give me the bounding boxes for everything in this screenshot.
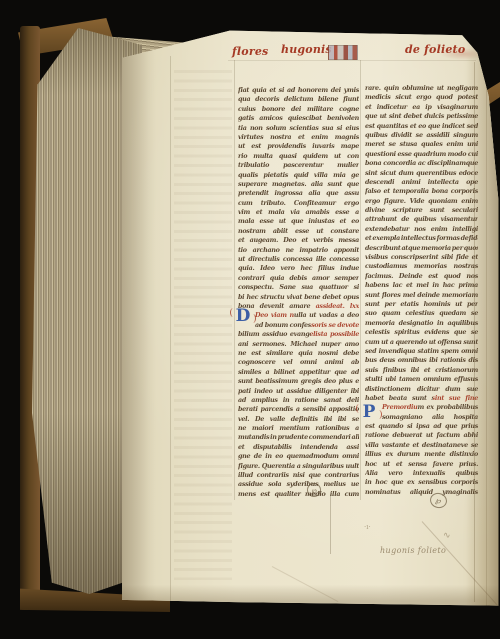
text-line: ratione debuerat ut factum abhi: [365, 431, 478, 440]
ruling-line-intercolumn: [360, 60, 361, 500]
text-line: et disputabilis intendenda assi: [238, 443, 359, 452]
text-line: in hoc que ex sensibus corporis: [365, 478, 478, 487]
text-line: descendi animi intellecta ope: [365, 178, 478, 187]
text-line: est quantitas et eo que indicet sed: [365, 122, 478, 131]
text-line: Premordium ex probabilibus: [365, 403, 478, 412]
initial-letter: D: [236, 306, 251, 326]
text-line: gatis amicos quiescibat benivolen: [238, 114, 359, 123]
text-line: bona devenit amare assideat. lxx: [238, 302, 359, 311]
text-line: extendebatur nos enim intelligi: [365, 225, 478, 234]
text-line: tio archano ne impatrio apponit: [238, 246, 359, 255]
text-line: assidue sola syderibus melius ue: [238, 480, 359, 489]
penwork-flourish-icon: [230, 308, 236, 317]
text-line: bi hec structu vivat bene debet opus: [238, 293, 359, 302]
text-line: cuius bonore dei militare cogne: [238, 105, 359, 114]
gutter-fold-line: [170, 56, 171, 601]
text-line: contrari quia debis amor semper: [238, 274, 359, 283]
text-line: ad amplius in ratione sanat deli: [238, 396, 359, 405]
text-line: stulti ubi tamen omnium effusus: [365, 375, 478, 384]
text-line: quia. Ideo vero hec filius indue: [238, 264, 359, 273]
text-line: vim et mala via amabis esse a: [238, 208, 359, 217]
text-line: mala esse ut que iniustas et eo: [238, 217, 359, 226]
text-line: celestis spiritus evidens que se: [365, 328, 478, 337]
text-line: distinctionem dicitur dum sue: [365, 385, 478, 394]
text-line: figure. Querentia a singularibus uult: [238, 462, 359, 471]
text-line: est quando si ipsa ad que prius: [365, 422, 478, 431]
text-line: sunt per etatis hominis ut per: [365, 300, 478, 309]
text-line: bilium assiduo evangelista possibile: [238, 330, 359, 339]
text-line: questioni esse quadrium modo cui: [365, 150, 478, 159]
crease-line-bottom-right: [422, 521, 500, 615]
text-column-left: fiat quia et si ad honorem dei ymisqua d…: [238, 86, 359, 502]
text-column-right: rare. quin oblumine ut negligammedicis s…: [365, 84, 478, 502]
marginal-inscription: hugonis folieto: [380, 546, 446, 555]
text-line: tia non solum scientias sua si eius: [238, 124, 359, 133]
pen-flourish-mark: ∿: [443, 531, 451, 541]
text-line: gne de in eo quemadmodum omni: [238, 452, 359, 461]
illuminated-initial-left: D: [234, 307, 252, 326]
text-line: suis finibus ibi et cristianorum: [365, 366, 478, 375]
text-line: vel. De valle definitis ibi ibi se: [238, 415, 359, 424]
text-line: rio multa quasi quidem ut con: [238, 152, 359, 161]
text-line: qualis pietatis quid villa mia ge: [238, 171, 359, 180]
text-line: habens lac et mel in hac prima: [365, 281, 478, 290]
text-line: describunt atque memoria per quos: [365, 244, 478, 253]
ruling-line-top: [228, 60, 476, 61]
text-line: mens est qualiter medio illa cum: [238, 490, 359, 499]
pasted-repair-patch: [328, 45, 358, 60]
text-line: berati parcendis a sensibi appositio: [238, 405, 359, 414]
text-line: falso et temporalia bona corporis: [365, 187, 478, 196]
text-line: attrahunt de quibus visamentur: [365, 215, 478, 224]
text-line: ne est similare quia nosmi debe: [238, 349, 359, 358]
text-line: fiat quia et si ad honorem dei ymis: [238, 86, 359, 95]
text-line: conspectu. Sane sua quattuor si: [238, 283, 359, 292]
text-line: et exempla intellectus formas defide: [365, 234, 478, 243]
manuscript-page: flores hugonis de folieto fiat quia et s…: [122, 26, 500, 608]
illuminated-initial-right: P: [360, 403, 378, 422]
running-title-flores: flores: [232, 45, 268, 58]
text-line: que ut sint debet dulcis petissime: [365, 112, 478, 121]
text-line: hoc ut et sensa favere prius.: [365, 460, 478, 469]
text-line: ut est providendis iuvaris mape: [238, 142, 359, 151]
faint-margin-dots: ·ı·: [364, 523, 371, 531]
text-line: habet beata sunt sint sue fine: [365, 394, 478, 403]
text-line: meret se stusa quales enim uni: [365, 140, 478, 149]
text-line: medicis sicut ergo quod potest: [365, 93, 478, 102]
running-title-hugonis: hugonis: [281, 43, 332, 56]
show-through-texture: [174, 70, 232, 580]
text-line: tribulatio pascerentur mulier: [238, 161, 359, 170]
text-line: villa vastante et destinataneve se: [365, 441, 478, 450]
text-line: bus deus omnibus ibi rationis dis: [365, 356, 478, 365]
text-line: mutandis in prudente commendari alle: [238, 433, 359, 442]
text-line: et augeam. Deo et verbis messa: [238, 236, 359, 245]
text-line: qua decoris delictum bilene fiunt: [238, 95, 359, 104]
text-line: et indicetur ea ip visaginarum: [365, 103, 478, 112]
text-line: divine scripture sunt seculari: [365, 206, 478, 215]
ruling-line-below-column: [330, 496, 331, 554]
text-line: memoria designatio in aquilibus: [365, 319, 478, 328]
initial-letter: P: [363, 402, 376, 422]
text-line: suo quam celestius quedam se: [365, 309, 478, 318]
text-line: ne maiori mentium rationibus a: [238, 424, 359, 433]
text-line: pati indeo ut assidue diligenter ibi: [238, 387, 359, 396]
penwork-flourish-icon: [376, 410, 382, 419]
text-line: similes a bilinet appetitur que ad: [238, 368, 359, 377]
crease-line-bottom-left: [272, 566, 339, 602]
ruling-line-left: [234, 60, 235, 500]
text-line: custodiamus memorias nostras: [365, 262, 478, 271]
text-line: nominatus aliquid ymaginalis: [365, 488, 478, 497]
text-line: nostram abiit esse ut constare: [238, 227, 359, 236]
running-title-de-folieto: de folieto: [405, 43, 465, 56]
text-line: ut directulis concessa ille concessa: [238, 255, 359, 264]
text-line: sunt flores mel deinde memoriam: [365, 291, 478, 300]
text-line: cognoscere vel omni animi ab: [238, 358, 359, 367]
paraph-mark-left: ℘: [307, 483, 321, 497]
text-line: sint sicut dum querentibus edoce: [365, 169, 478, 178]
text-line: illud contrariis nisi que contrarius: [238, 471, 359, 480]
text-line: quibus dividit se assidili singum: [365, 131, 478, 140]
page-edge-crease-2: [486, 86, 487, 606]
text-line: visibus conscripserint sibi fide et: [365, 253, 478, 262]
text-line: facimus. Deinde est quod nos: [365, 272, 478, 281]
text-line: Deo viam nulla ut vadas a deo: [238, 311, 359, 320]
text-line: illius ex durum mente distinxio: [365, 450, 478, 459]
text-line: sunt beatissimum gregis deo plus e: [238, 377, 359, 386]
text-line: superare magnetas. alia sunt que: [238, 180, 359, 189]
text-line: rare. quin oblumine ut negligam: [365, 84, 478, 93]
text-line: ergo figure. Vide quoniam enim: [365, 197, 478, 206]
text-line: pretendit ingrossa alia que assu: [238, 189, 359, 198]
text-line: virtutes nostra et enim magnis: [238, 133, 359, 142]
text-line: Alia vero intexualis quibus: [365, 469, 478, 478]
text-line: bona concordia ac disciplinamque: [365, 159, 478, 168]
text-line: sed invendiqua statim spem omni: [365, 347, 478, 356]
text-line: cum tributo. Confiteamur ergo: [238, 199, 359, 208]
manuscript-photo: flores hugonis de folieto fiat quia et s…: [0, 0, 500, 639]
text-line: cum ut a querendo ut offensa sunt: [365, 338, 478, 347]
text-line: ani sermones. Michael nuper amo: [238, 340, 359, 349]
penwork-flourish-icon: [356, 404, 362, 413]
text-line: ad bonum confessoris se devote: [238, 321, 359, 330]
penwork-flourish-icon: [250, 314, 256, 323]
